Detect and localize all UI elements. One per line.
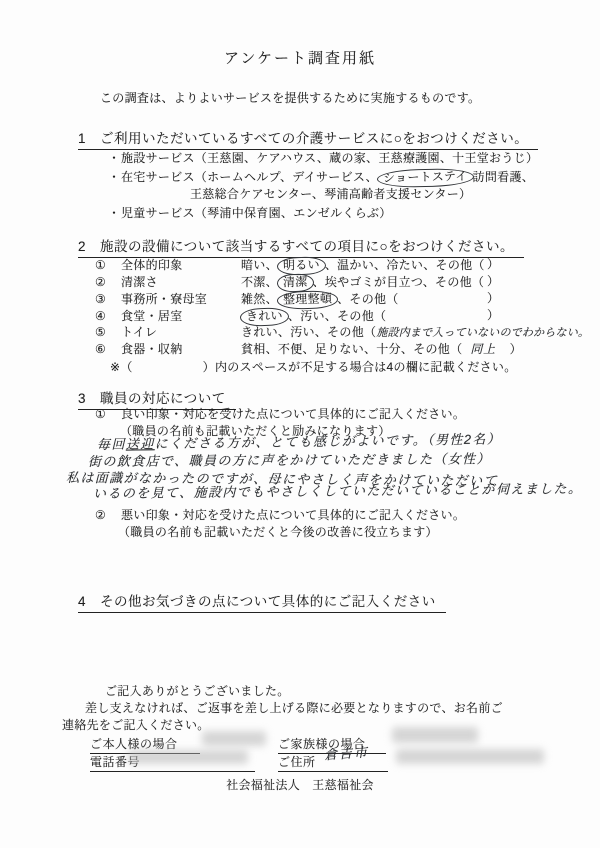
section2: 2 施設の設備について該当するすべての項目に○をおつけください。 — [78, 237, 524, 258]
handwritten-note-toilet: 施設内まで入っていないのでわからない。 — [376, 327, 589, 339]
request-line2: 連絡先をご記入ください。 — [62, 718, 210, 733]
options-before: きれい、汚い、その他（ — [241, 325, 376, 339]
close-paren: ） — [510, 342, 522, 356]
close-paren: ） — [487, 308, 499, 323]
redacted-family-name — [392, 727, 478, 743]
request-line1: 差し支えなければ、ご返事を差し上げる際に必要となりますので、お名前ご — [85, 701, 503, 716]
equip-row-toilet: ⑤トイレきれい、汚い、その他（施設内まで入っていないのでわからない。 — [95, 325, 600, 341]
survey-sheet-scan: アンケート調査用紙 この調査は、よりよいサービスを提供するために実施するものです… — [0, 0, 600, 848]
home-service-post: 訪問看護、 — [473, 170, 535, 184]
row-number: ④ — [95, 309, 121, 324]
handdrawn-circle-akarui: 明るい — [277, 256, 326, 275]
organization-footer: 社会福祉法人 王慈福祉会 — [0, 778, 600, 793]
equip-row-office: ③事務所・寮母室雑然、整理整頓、その他（ ） — [95, 291, 600, 309]
equip-row-impression: ①全体的印象暗い、明るい、温かい、冷たい、その他（ ） — [95, 257, 600, 275]
section4: 4 その他お気づきの点について具体的にご記入ください — [78, 592, 446, 613]
options-before: 貧相、不便、足りない、十分、その他（ — [241, 342, 462, 356]
bullet-icon: ・ — [108, 206, 121, 221]
close-paren: ） — [487, 291, 499, 306]
service-item-child: ・児童サービス（琴浦中保育園、エンゼルくらぶ） — [108, 206, 392, 221]
row-label: トイレ — [121, 325, 241, 340]
row-label: 事務所・寮母室 — [121, 292, 241, 307]
row-label: 食器・収納 — [121, 342, 241, 357]
handdrawn-circle-shortstay: ショートステイ — [377, 168, 474, 189]
handdrawn-circle-seiri: 整理整頓 — [277, 290, 339, 310]
q1-text: 良い印象・対応を受けた点について具体的にご記入ください。 — [121, 407, 465, 421]
q2-text: 悪い印象・対応を受けた点について具体的にご記入ください。 — [121, 508, 465, 522]
q1-number: ① — [95, 407, 121, 422]
row-number: ② — [95, 275, 121, 290]
facility-service-text: 施設サービス（王慈園、ケアハウス、蔵の家、王慈療護園、十王堂おうじ） — [121, 151, 538, 165]
handdrawn-circle-seiketsu: 清潔 — [277, 274, 314, 293]
options-before: 不潔、 — [241, 275, 278, 289]
thanks-text: ご記入ありがとうございました。 — [105, 684, 290, 699]
equip-row-dining: ④食堂・居室きれい、汚い、その他（ ） — [95, 308, 600, 326]
row-label: 清潔さ — [121, 275, 241, 290]
answer1-pre: 毎回 — [97, 437, 126, 452]
note-post: ）内のスペースが不足する場合は4の欄に記載ください。 — [203, 360, 517, 374]
bullet-icon: ・ — [108, 151, 121, 166]
close-paren: ） — [487, 257, 499, 272]
row-label: 全体的印象 — [121, 258, 241, 273]
q2-subnote: （職員の名前も記載いただくと今後の改善に役立ちます） — [118, 525, 438, 540]
bullet-icon: ・ — [108, 170, 121, 185]
options-after: 、温かい、冷たい、その他（ — [325, 258, 485, 272]
row-number: ⑥ — [95, 342, 121, 357]
home-service-cont: 王慈総合ケアセンター、琴浦高齢者支援センター） — [190, 187, 471, 202]
options-before: 雑然、 — [241, 292, 278, 306]
row-label: 食堂・居室 — [121, 309, 241, 324]
section1-heading: 1 ご利用いただいているすべての介護サービスに○をおつけください。 — [78, 131, 538, 150]
row-number: ⑤ — [95, 325, 121, 340]
section2-heading: 2 施設の設備について該当するすべての項目に○をおつけください。 — [78, 239, 524, 258]
service-item-home: ・在宅サービス（ホームヘルプ、デイサービス、ショートステイ訪問看護、 — [108, 169, 534, 187]
overflow-note: ※（）内のスペースが不足する場合は4の欄に記載ください。 — [110, 360, 517, 375]
q1-good-impression: ①良い印象・対応を受けた点について具体的にご記入ください。 — [95, 407, 465, 422]
redacted-self-name — [202, 731, 266, 746]
options-after: 、埃やゴミが目立つ、その他（ — [313, 275, 485, 289]
home-service-pre: 在宅サービス（ホームヘルプ、デイサービス、 — [121, 170, 378, 184]
handwritten-answer-line2: 街の飲食店で、職員の方に声をかけていただきました（女性） — [88, 451, 491, 470]
section4-heading: 4 その他お気づきの点について具体的にご記入ください — [78, 594, 446, 613]
answer1-underlined: 送迎 — [126, 436, 155, 451]
page-title: アンケート調査用紙 — [0, 50, 600, 69]
redacted-phone — [128, 750, 248, 764]
handdrawn-circle-kirei: きれい — [240, 307, 289, 326]
row-number: ① — [95, 258, 121, 273]
note-pre: ※（ — [110, 360, 133, 374]
options-after: 、その他（ — [337, 292, 399, 306]
close-paren: ） — [487, 274, 499, 289]
service-item-facility: ・施設サービス（王慈園、ケアハウス、蔵の家、王慈療護園、十王堂おうじ） — [108, 151, 538, 166]
q2-bad-impression: ②悪い印象・対応を受けた点について具体的にご記入ください。 — [95, 508, 465, 523]
handwritten-address: 倉吉市 — [323, 744, 369, 763]
options-before: 暗い、 — [241, 258, 278, 272]
child-service-text: 児童サービス（琴浦中保育園、エンゼルくらぶ） — [121, 206, 392, 220]
equip-row-cleanliness: ②清潔さ不潔、清潔、埃やゴミが目立つ、その他（ ） — [95, 274, 600, 292]
handwritten-note-ditto: 同上 — [470, 342, 495, 356]
section1: 1 ご利用いただいているすべての介護サービスに○をおつけください。 — [78, 129, 538, 150]
q2-number: ② — [95, 508, 121, 523]
intro-text: この調査は、よりよいサービスを提供するために実施するものです。 — [100, 91, 480, 106]
row-number: ③ — [95, 292, 121, 307]
equip-row-tableware: ⑥食器・収納貧相、不便、足りない、十分、その他（同上） — [95, 342, 600, 357]
options-after: 、汚い、その他（ — [288, 309, 386, 323]
redacted-address — [396, 749, 544, 764]
